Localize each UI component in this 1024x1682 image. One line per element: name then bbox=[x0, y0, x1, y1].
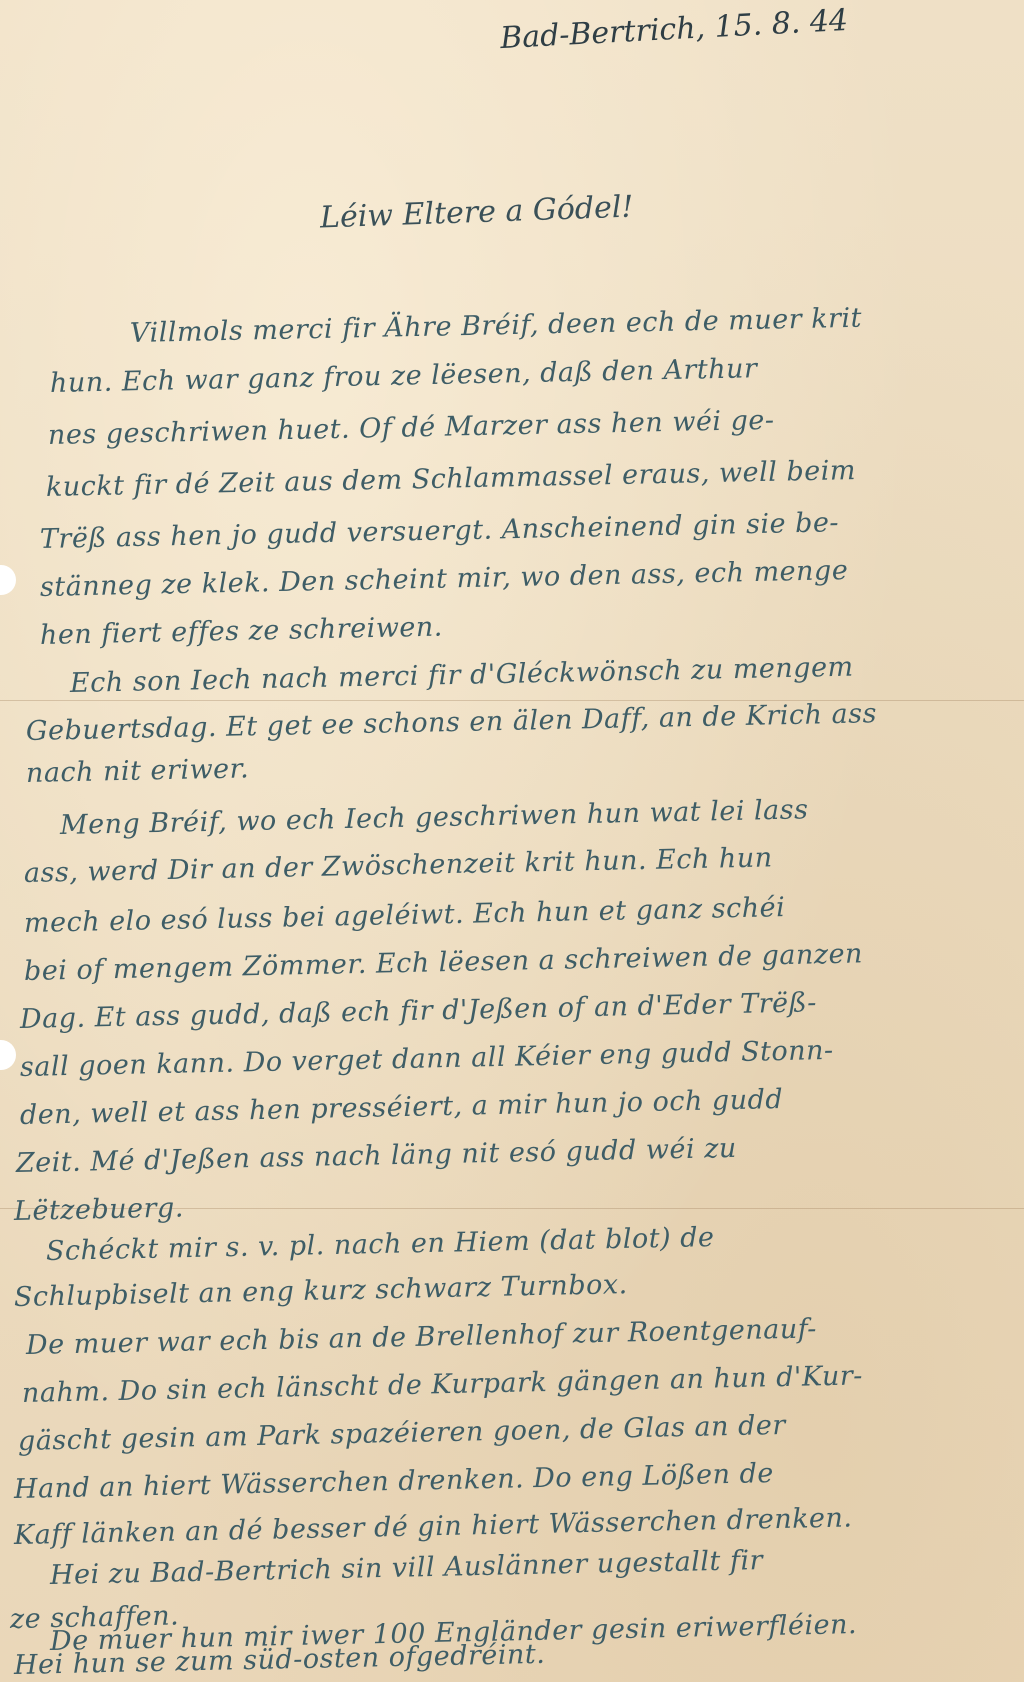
letter-line: hen fiert effes ze schreiwen. bbox=[40, 612, 443, 651]
letter-line: kuckt fir dé Zeit aus dem Schlammassel e… bbox=[46, 455, 857, 503]
letter-line: den, well et ass hen presséiert, a mir h… bbox=[20, 1084, 784, 1131]
letter-line: stänneg ze klek. Den scheint mir, wo den… bbox=[40, 555, 849, 603]
letter-line: gäscht gesin am Park spazéieren goen, de… bbox=[18, 1410, 786, 1457]
letter-line: nes geschriwen huet. Of dé Marzer ass he… bbox=[48, 405, 775, 451]
letter-line: sall goen kann. Do verget dann all Kéier… bbox=[20, 1035, 834, 1083]
letter-line: Schlupbiselt an eng kurz schwarz Turnbox… bbox=[14, 1269, 628, 1313]
letter-line: Meng Bréif, wo ech Iech geschriwen hun w… bbox=[60, 794, 809, 841]
letter-line: Lëtzebuerg. bbox=[14, 1192, 185, 1227]
letter-line: Trëß ass hen jo gudd versuergt. Anschein… bbox=[40, 507, 840, 555]
salutation: Léiw Eltere a Gódel! bbox=[319, 190, 634, 236]
letter-line: Hei zu Bad-Bertrich sin vill Auslänner u… bbox=[50, 1545, 764, 1591]
place-date: Bad-Bertrich, 15. 8. 44 bbox=[499, 3, 849, 56]
letter-page: Bad-Bertrich, 15. 8. 44 Léiw Eltere a Gó… bbox=[0, 0, 1024, 1682]
punch-hole bbox=[0, 1040, 16, 1070]
letter-line: Gebuertsdag. Et get ee schons en älen Da… bbox=[26, 698, 878, 747]
letter-line: Ech son Iech nach merci fir d'Gléckwönsc… bbox=[70, 652, 854, 699]
letter-line: De muer war ech bis an de Brellenhof zur… bbox=[26, 1313, 817, 1361]
letter-line: bei of mengem Zömmer. Ech lëesen a schre… bbox=[24, 938, 864, 987]
letter-line: Hand an hiert Wässerchen drenken. Do eng… bbox=[14, 1458, 774, 1505]
letter-line: Villmols merci fir Ähre Bréif, deen ech … bbox=[130, 303, 863, 349]
letter-line: mech elo esó luss bei ageléiwt. Ech hun … bbox=[24, 892, 786, 939]
letter-line: Kaff länken an dé besser dé gin hiert Wä… bbox=[14, 1502, 853, 1551]
letter-line: Schéckt mir s. v. pl. nach en Hiem (dat … bbox=[46, 1222, 715, 1267]
punch-hole bbox=[0, 565, 16, 595]
letter-line: nach nit eriwer. bbox=[26, 753, 250, 789]
letter-line: ass, werd Dir an der Zwöschenzeit krit h… bbox=[24, 842, 773, 889]
letter-line: Zeit. Mé d'Jeßen ass nach läng nit esó g… bbox=[16, 1133, 737, 1179]
letter-line: Dag. Et ass gudd, daß ech fir d'Jeßen of… bbox=[20, 987, 817, 1035]
letter-line: hun. Ech war ganz frou ze lëesen, daß de… bbox=[50, 353, 758, 399]
letter-line: nahm. Do sin ech länscht de Kurpark gäng… bbox=[22, 1360, 864, 1409]
